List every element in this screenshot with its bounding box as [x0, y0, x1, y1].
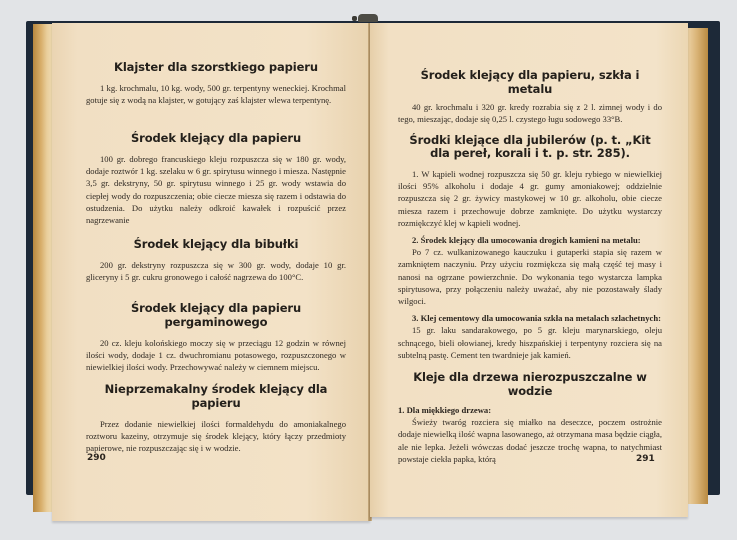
section-text: 40 gr. krochmalu i 320 gr. kredy rozrabi… — [398, 101, 662, 125]
page-number: 291 — [636, 454, 655, 464]
section-text: 200 gr. dekstryny rozpuszcza się w 300 g… — [86, 259, 346, 283]
page-block-edge-right — [686, 28, 708, 504]
section-wood-glue: Kleje dla drzewa nierozpuszczalne w wodz… — [398, 370, 662, 465]
section-title: Klajster dla szorstkiego papieru — [86, 60, 346, 74]
section-title: Środek klejący dla papieru pergaminowego — [86, 301, 346, 329]
section-text: 100 gr. dobrego francuskiego kleju rozpu… — [86, 153, 346, 226]
item-text: 15 gr. laku sandarakowego, po 5 gr. klej… — [398, 324, 662, 361]
section-title: Środki klejące dla jubilerów (p. t. „Kit… — [398, 134, 662, 160]
section-paper-glue: Środek klejący dla papieru 100 gr. dobre… — [86, 131, 346, 226]
section-title: Nieprzemakalny środek klejący dla papier… — [86, 382, 346, 410]
section-paper-glass-metal: Środek klejący dla papieru, szkła i meta… — [398, 68, 662, 125]
section-parchment-glue: Środek klejący dla papieru pergaminowego… — [86, 301, 346, 374]
item-heading: 1. Dla miękkiego drzewa: — [398, 404, 662, 416]
spine-clip — [358, 14, 378, 22]
section-text: 1 kg. krochmalu, 10 kg. wody, 500 gr. te… — [86, 82, 346, 106]
section-jewellers-glue: Środki klejące dla jubilerów (p. t. „Kit… — [398, 134, 662, 361]
section-title: Kleje dla drzewa nierozpuszczalne w wodz… — [398, 370, 662, 398]
section-text: 20 cz. kleju kolońskiego moczy się w prz… — [86, 337, 346, 374]
item-text: Świeży twaróg rozciera się miałko na des… — [398, 416, 662, 465]
item-heading: 2. Środek klejący dla umocowania drogich… — [398, 234, 662, 246]
section-text: Przez dodanie niewielkiej ilości formald… — [86, 418, 346, 455]
page-number: 290 — [87, 453, 106, 463]
section-title: Środek klejący dla papieru — [86, 131, 346, 145]
item-text: Po 7 cz. wulkanizowanego kauczuku i guta… — [398, 246, 662, 307]
section-klajster: Klajster dla szorstkiego papieru 1 kg. k… — [86, 60, 346, 106]
item-text: 1. W kąpieli wodnej rozpuszcza się 50 gr… — [398, 168, 662, 229]
section-tissue-glue: Środek klejący dla bibułki 200 gr. dekst… — [86, 237, 346, 283]
right-page: Środek klejący dla papieru, szkła i meta… — [370, 23, 688, 517]
left-page: Klajster dla szorstkiego papieru 1 kg. k… — [52, 23, 370, 521]
section-title: Środek klejący dla papieru, szkła i meta… — [398, 68, 662, 96]
section-title: Środek klejący dla bibułki — [86, 237, 346, 251]
spine-clip — [352, 16, 357, 21]
page-block-edge-left — [33, 24, 53, 512]
section-waterproof-glue: Nieprzemakalny środek klejący dla papier… — [86, 382, 346, 455]
item-heading: 3. Klej cementowy dla umocowania szkła n… — [398, 312, 662, 324]
